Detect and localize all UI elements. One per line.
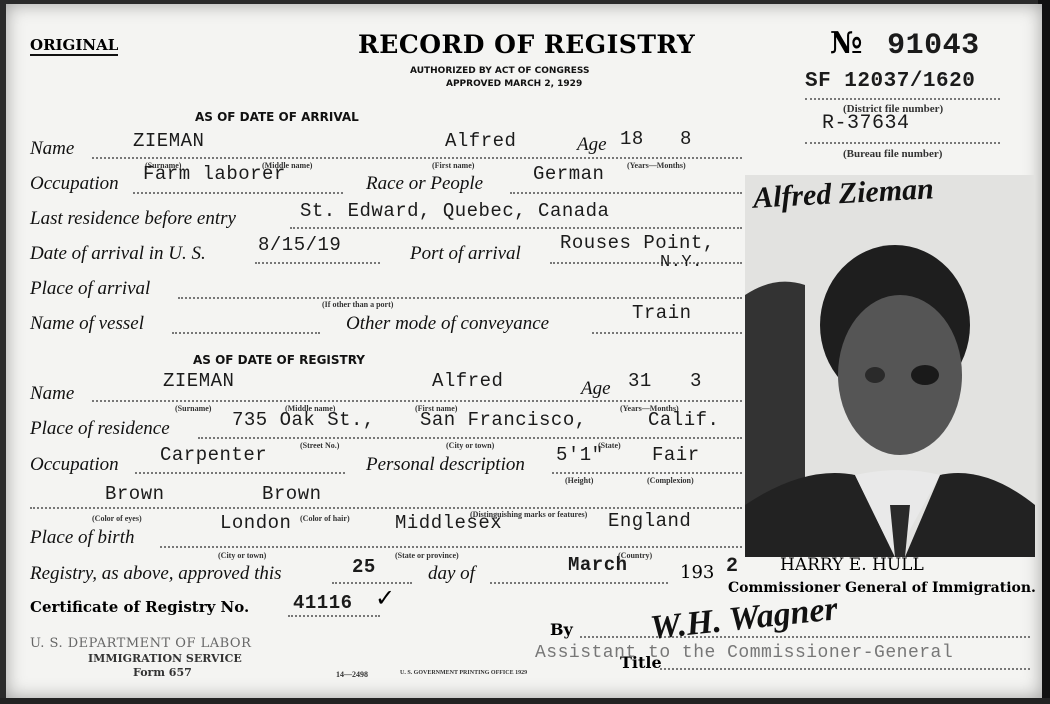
bureau-file-number: R-37634: [822, 112, 910, 135]
arrival-name-label: Name: [30, 138, 74, 160]
registry-name-label: Name: [30, 383, 74, 405]
service-label: IMMIGRATION SERVICE: [88, 652, 242, 665]
vessel-label: Name of vessel: [30, 313, 144, 335]
port-label: Port of arrival: [410, 243, 521, 265]
registry-age-years: 31: [628, 370, 652, 392]
arrival-occupation-label: Occupation: [30, 173, 119, 195]
birth-province-caption: (State or province): [395, 551, 459, 560]
arrival-age-caption: (Years—Months): [627, 161, 686, 170]
city-caption: (City or town): [446, 441, 494, 450]
port-line: [550, 262, 742, 264]
eye-color-value: Brown: [105, 483, 165, 505]
registry-age-label: Age: [581, 378, 611, 400]
registry-name-line: [92, 400, 742, 402]
title-value: Assistant to the Commissioner-General: [535, 643, 953, 663]
approval-year-suffix: 2: [726, 555, 739, 578]
description-line: [552, 472, 742, 474]
record-number: № 91043: [830, 26, 980, 63]
last-residence-line: [290, 227, 742, 229]
certificate-line: [288, 615, 380, 617]
authorization-line: AUTHORIZED BY ACT OF CONGRESS: [410, 66, 589, 76]
title-line: [660, 668, 1030, 670]
approval-label: Registry, as above, approved this: [30, 563, 282, 585]
by-label: By: [550, 620, 573, 639]
certificate-label: Certificate of Registry No.: [30, 598, 249, 616]
arrival-date-label: Date of arrival in U. S.: [30, 243, 206, 265]
street-caption: (Street No.): [300, 441, 339, 450]
by-line: [580, 636, 1030, 638]
residence-city: San Francisco,: [420, 409, 587, 431]
approval-month: March: [568, 554, 628, 576]
birth-province: Middlesex: [395, 512, 502, 534]
approval-day-line: [332, 582, 412, 584]
residence-street: 735 Oak St.,: [232, 409, 375, 431]
approval-month-line: [490, 582, 668, 584]
approval-year-prefix: 193: [680, 562, 714, 583]
district-file-number: SF 12037/1620: [805, 70, 975, 93]
registry-surname-caption: (Surname): [175, 404, 211, 413]
port-value-line1: Rouses Point,: [560, 232, 715, 254]
residence-label: Place of residence: [30, 418, 170, 440]
residence-line: [198, 437, 742, 439]
race-line: [510, 192, 742, 194]
arrival-name-line: [92, 157, 742, 159]
arrival-date-line: [255, 262, 380, 264]
vessel-caption: (If other than a port): [322, 300, 393, 309]
arrival-date: 8/15/19: [258, 234, 341, 256]
registry-section-title: AS OF DATE OF REGISTRY: [193, 353, 365, 367]
record-number-value: 91043: [887, 29, 980, 63]
hair-color-value: Brown: [262, 483, 322, 505]
race-label: Race or People: [366, 173, 483, 195]
approval-date-line: APPROVED MARCH 2, 1929: [446, 79, 582, 89]
conveyance-label: Other mode of conveyance: [346, 313, 549, 335]
arrival-first-name: Alfred: [445, 130, 516, 152]
registry-first-name: Alfred: [432, 370, 503, 392]
height-caption: (Height): [565, 476, 593, 485]
birth-city: London: [220, 512, 291, 534]
vessel-line: [172, 332, 320, 334]
birth-country: England: [608, 510, 691, 532]
arrival-age-years: 18: [620, 128, 644, 150]
arrival-first-caption: (First name): [432, 161, 474, 170]
bureau-file-line: [805, 142, 1000, 144]
certificate-number: 41116: [293, 592, 353, 614]
commissioner-name: HARRY E. HULL: [780, 555, 924, 575]
commissioner-title: Commissioner General of Immigration.: [728, 580, 1036, 596]
conveyance-value: Train: [632, 302, 692, 324]
hair-caption: (Color of hair): [300, 514, 350, 523]
place-of-arrival-label: Place of arrival: [30, 278, 150, 300]
complexion-caption: (Complexion): [647, 476, 694, 485]
registry-age-months: 3: [690, 370, 702, 392]
document-title: RECORD OF REGISTRY: [358, 30, 695, 59]
height-value: 5'1": [556, 444, 604, 466]
eyes-caption: (Color of eyes): [92, 514, 142, 523]
district-file-line: [805, 98, 1000, 100]
registry-surname: ZIEMAN: [163, 370, 234, 392]
race-value: German: [533, 163, 604, 185]
last-residence-label: Last residence before entry: [30, 208, 236, 230]
registry-occupation-label: Occupation: [30, 454, 119, 476]
arrival-surname: ZIEMAN: [133, 130, 204, 152]
form-number: Form 657: [133, 666, 192, 679]
printer-code: 14—2498: [336, 670, 368, 679]
port-value-line2: N.Y.: [660, 253, 703, 272]
department-label: U. S. DEPARTMENT OF LABOR: [30, 636, 251, 651]
portrait-image: [745, 175, 1035, 557]
registry-occupation-line: [135, 472, 345, 474]
printer-line: U. S. GOVERNMENT PRINTING OFFICE 1929: [400, 670, 527, 676]
arrival-age-months: 8: [680, 128, 692, 150]
birth-label: Place of birth: [30, 527, 134, 549]
arrival-section-title: AS OF DATE OF ARRIVAL: [195, 110, 359, 124]
birth-line: [160, 546, 742, 548]
residence-state: Calif.: [648, 409, 719, 431]
applicant-photo: Alfred Zieman: [745, 175, 1035, 557]
number-symbol: №: [830, 26, 863, 61]
check-mark-icon: ✓: [375, 584, 395, 612]
birth-city-caption: (City or town): [218, 551, 266, 560]
conveyance-line: [592, 332, 742, 334]
registry-occupation: Carpenter: [160, 444, 267, 466]
arrival-occupation: Farm laborer: [143, 163, 286, 185]
bureau-file-caption: (Bureau file number): [843, 148, 942, 160]
day-of-label: day of: [428, 563, 475, 585]
place-of-arrival-line: [178, 297, 742, 299]
arrival-age-label: Age: [577, 134, 607, 156]
last-residence-value: St. Edward, Quebec, Canada: [300, 200, 609, 222]
original-label: ORIGINAL: [30, 36, 118, 56]
arrival-occupation-line: [133, 192, 343, 194]
approval-day: 25: [352, 556, 376, 578]
complexion-value: Fair: [652, 444, 700, 466]
description-label: Personal description: [366, 454, 525, 476]
features-line: [30, 507, 742, 509]
scan-border-bottom: [0, 698, 1050, 704]
